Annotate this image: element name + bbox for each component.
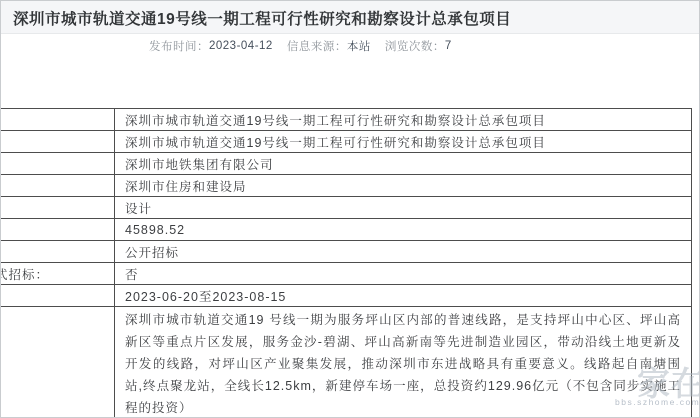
table-row: 深圳市城市轨道交通19号线一期工程可行性研究和勘察设计总承包项目 <box>0 109 692 131</box>
row-value-cell: 2023-06-20至2023-08-15 <box>115 285 692 307</box>
row-label-cell <box>0 307 115 418</box>
row-label-cell <box>0 285 115 307</box>
table-row: 设计 <box>0 197 692 219</box>
row-label-cell <box>0 219 115 241</box>
view-count-value: 7 <box>445 40 452 52</box>
row-label-cell <box>0 197 115 219</box>
table-row: 45898.52 <box>0 219 692 241</box>
info-table: 深圳市城市轨道交通19号线一期工程可行性研究和勘察设计总承包项目 深圳市城市轨道… <box>0 108 692 418</box>
row-value-cell: 设计 <box>115 197 692 219</box>
row-value-cell: 深圳市地铁集团有限公司 <box>115 153 692 175</box>
table-row-description: 深圳市城市轨道交通19 号线一期为服务坪山区内部的普速线路，是支持坪山中心区、坪… <box>0 307 692 418</box>
table-row: 深圳市城市轨道交通19号线一期工程可行性研究和勘察设计总承包项目 <box>0 131 692 153</box>
row-label-cell: 式招标： <box>0 263 115 285</box>
announcement-page: 深圳市城市轨道交通19号线一期工程可行性研究和勘察设计总承包项目 发布时间： 2… <box>0 0 700 418</box>
view-count-label: 浏览次数： <box>385 38 445 54</box>
page-title: 深圳市城市轨道交通19号线一期工程可行性研究和勘察设计总承包项目 <box>13 7 511 29</box>
table-row: 深圳市住房和建设局 <box>0 175 692 197</box>
project-description: 深圳市城市轨道交通19 号线一期为服务坪山区内部的普速线路，是支持坪山中心区、坪… <box>115 307 692 418</box>
row-label-cell <box>0 175 115 197</box>
table-row: 公开招标 <box>0 241 692 263</box>
info-source: 信息来源： 本站 <box>287 38 371 54</box>
row-label-cell <box>0 153 115 175</box>
table-row: 2023-06-20至2023-08-15 <box>0 285 692 307</box>
publish-date-value: 2023-04-12 <box>209 40 273 52</box>
row-value-cell: 深圳市住房和建设局 <box>115 175 692 197</box>
meta-line: 发布时间： 2023-04-12 信息来源： 本站 浏览次数： 7 <box>149 38 452 54</box>
row-label-cell <box>0 241 115 263</box>
publish-date-label: 发布时间： <box>149 38 209 54</box>
row-value-cell: 公开招标 <box>115 241 692 263</box>
row-value-cell: 45898.52 <box>115 219 692 241</box>
row-value-cell: 深圳市城市轨道交通19号线一期工程可行性研究和勘察设计总承包项目 <box>115 109 692 131</box>
row-value-cell: 否 <box>115 263 692 285</box>
table-row: 式招标： 否 <box>0 263 692 285</box>
view-count: 浏览次数： 7 <box>385 38 452 54</box>
info-source-label: 信息来源： <box>287 38 347 54</box>
info-source-value: 本站 <box>347 38 371 54</box>
row-label-cell <box>0 131 115 153</box>
publish-date: 发布时间： 2023-04-12 <box>149 38 273 54</box>
table-row: 深圳市地铁集团有限公司 <box>0 153 692 175</box>
row-label-cell <box>0 109 115 131</box>
row-value-cell: 深圳市城市轨道交通19号线一期工程可行性研究和勘察设计总承包项目 <box>115 131 692 153</box>
